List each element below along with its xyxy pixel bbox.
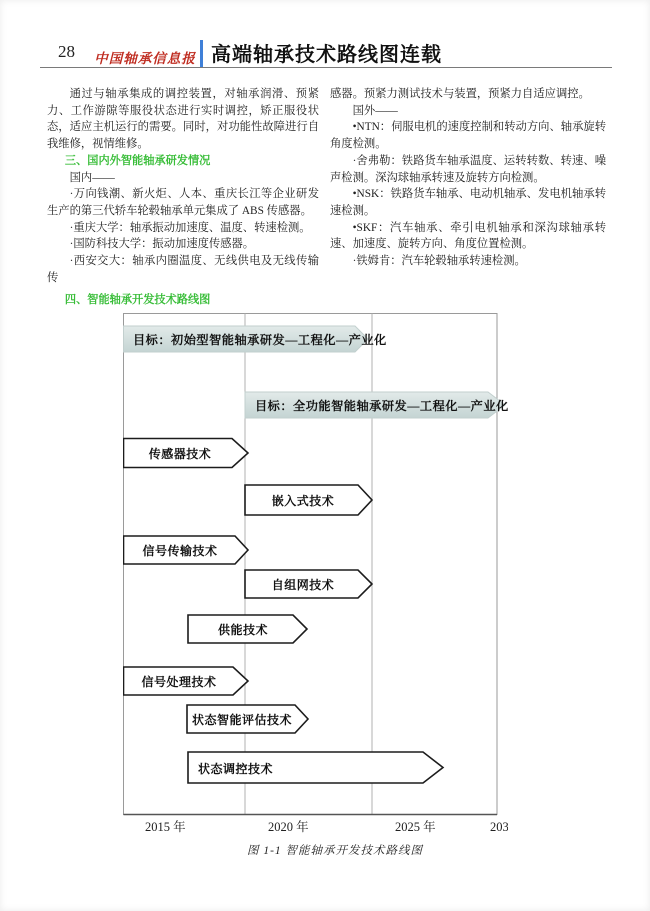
left-column: 通过与轴承集成的调控装置，对轴承润滑、预紧力、工作游隙等服役状态进行实时调控，矫… — [47, 86, 319, 309]
axis-label-2025: 2025 年 — [395, 819, 436, 834]
page-title: 高端轴承技术路线图连载 — [211, 38, 442, 67]
goal-banner-1-label: 目标：初始型智能轴承研发—工程化—产业化 — [133, 332, 387, 347]
arrow-adhoc-network-tech-label: 自组网技术 — [272, 577, 335, 592]
arrow-embedded-tech-label: 嵌入式技术 — [272, 493, 335, 508]
arrow-condition-evaluation-tech-label: 状态智能评估技术 — [192, 712, 292, 727]
page-number: 28 — [58, 42, 75, 62]
axis-label-2015: 2015 年 — [145, 819, 186, 834]
bullet-item: •NTN：伺服电机的速度控制和转动方向、轴承旋转角度检测。 — [330, 119, 606, 152]
section-heading-domestic: 三、国内外智能轴承研发情况 — [47, 153, 319, 170]
paragraph: 感器。预紧力测试技术与装置，预紧力自适应调控。 — [330, 86, 606, 103]
bullet-item: ·舍弗勒：铁路货车轴承温度、运转转数、转速、噪声检测。深沟球轴承转速及旋转方向检… — [330, 153, 606, 186]
axis-label-2030: 2030 年 — [490, 819, 508, 834]
roadmap-figure: 目标：初始型智能轴承研发—工程化—产业化 目标：全功能智能轴承研发—工程化—产业… — [123, 313, 508, 838]
arrow-power-supply-tech-label: 供能技术 — [218, 622, 268, 637]
bullet-item: •SKF：汽车轴承、牵引电机轴承和深沟球轴承转速、加速度、旋转方向、角度位置检测… — [330, 220, 606, 253]
masthead-logo: 中国轴承信息报 — [94, 47, 196, 67]
header-divider-bar — [200, 40, 203, 67]
section-heading-roadmap: 四、智能轴承开发技术路线图 — [47, 292, 319, 309]
bullet-item: ·万向钱潮、新火炬、人本、重庆长江等企业研发生产的第三代轿车轮毂轴承单元集成了 … — [47, 186, 319, 219]
arrow-condition-regulation-tech-label: 状态调控技术 — [198, 761, 273, 776]
paragraph: 国外—— — [330, 103, 606, 120]
arrow-signal-processing-tech-label: 信号处理技术 — [141, 674, 216, 689]
paragraph: 国内—— — [47, 170, 319, 187]
bullet-item: ·国防科技大学：振动加速度传感器。 — [47, 236, 319, 253]
arrow-signal-transmission-tech-label: 信号传输技术 — [142, 543, 217, 558]
roadmap-svg: 目标：初始型智能轴承研发—工程化—产业化 目标：全功能智能轴承研发—工程化—产业… — [123, 313, 508, 838]
bullet-item: •NSK：铁路货车轴承、电动机轴承、发电机轴承转速检测。 — [330, 186, 606, 219]
right-column: 感器。预紧力测试技术与装置，预紧力自适应调控。 国外—— •NTN：伺服电机的速… — [330, 86, 606, 270]
bullet-item: ·重庆大学：轴承振动加速度、温度、转速检测。 — [47, 220, 319, 237]
arrow-sensor-tech-label: 传感器技术 — [148, 446, 212, 461]
header-rule — [40, 67, 612, 68]
goal-banner-2-label: 目标：全功能智能轴承研发—工程化—产业化 — [255, 398, 508, 413]
bullet-item: ·铁姆肯：汽车轮毂轴承转速检测。 — [330, 253, 606, 270]
axis-label-2020: 2020 年 — [268, 819, 309, 834]
figure-caption: 图 1-1 智能轴承开发技术路线图 — [140, 842, 530, 858]
paragraph: 通过与轴承集成的调控装置，对轴承润滑、预紧力、工作游隙等服役状态进行实时调控，矫… — [47, 86, 319, 153]
newspaper-page: { "header": { "page_number": "28", "mast… — [0, 0, 650, 911]
bullet-item: ·西安交大：轴承内圈温度、无线供电及无线传输传 — [47, 253, 319, 286]
